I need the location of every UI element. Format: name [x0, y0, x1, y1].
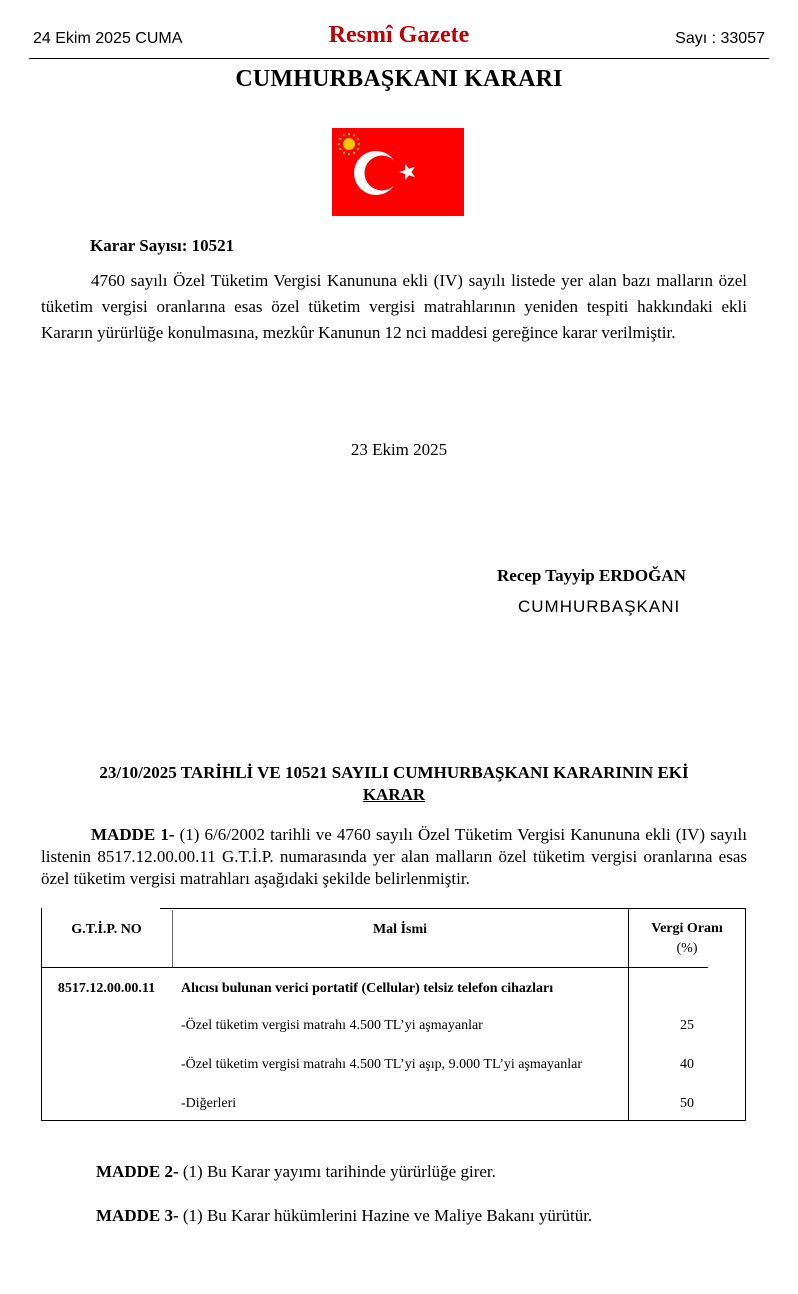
article-3: MADDE 3- (1) Bu Karar hükümlerini Hazine… [96, 1206, 592, 1226]
header-product: Mal İsmi [172, 922, 628, 938]
header-divider [29, 58, 769, 59]
annex-title-line2: KARAR [363, 785, 425, 804]
annex-title: 23/10/2025 TARİHLİ VE 10521 SAYILI CUMHU… [41, 762, 747, 806]
article-2-text: (1) Bu Karar yayımı tarihinde yürürlüğe … [183, 1162, 496, 1181]
annex-title-line1: 23/10/2025 TARİHLİ VE 10521 SAYILI CUMHU… [41, 762, 747, 784]
table-border-bottom [41, 1120, 746, 1121]
article-3-text: (1) Bu Karar hükümlerini Hazine ve Maliy… [183, 1206, 592, 1225]
table-row-rate: 50 [628, 1096, 746, 1112]
table-row-desc: -Özel tüketim vergisi matrahı 4.500 TL’y… [181, 1018, 483, 1034]
intro-paragraph: 4760 sayılı Özel Tüketim Vergisi Kanunun… [41, 268, 747, 346]
signature-date: 23 Ekim 2025 [0, 440, 798, 460]
table-border-left [41, 908, 42, 1121]
gtip-code: 8517.12.00.00.11 [41, 981, 172, 997]
table-border-right [745, 908, 746, 1121]
issue-number: Sayı : 33057 [675, 30, 765, 48]
table-border-top [160, 908, 746, 909]
header-rate: Vergi Oranı [628, 921, 746, 937]
article-2: MADDE 2- (1) Bu Karar yayımı tarihinde y… [96, 1162, 496, 1182]
article-1: MADDE 1- (1) 6/6/2002 tarihli ve 4760 sa… [41, 824, 747, 890]
table-row-rate: 25 [628, 1018, 746, 1034]
signer-name: Recep Tayyip ERDOĞAN [497, 566, 686, 586]
decision-number: Karar Sayısı: 10521 [90, 236, 234, 256]
intro-text: 4760 sayılı Özel Tüketim Vergisi Kanunun… [41, 271, 747, 342]
article-3-label: MADDE 3- [96, 1206, 179, 1225]
table-col-divider [172, 910, 173, 968]
table-col-divider-2 [628, 908, 629, 1121]
document-title: CUMHURBAŞKANI KARARI [0, 66, 798, 93]
table-row-desc: -Diğerleri [181, 1096, 236, 1112]
header-rate-unit: (%) [628, 941, 746, 957]
table-header-divider [41, 967, 708, 968]
presidential-flag-icon [332, 128, 464, 216]
product-name: Alıcısı bulunan verici portatif (Cellula… [181, 981, 553, 997]
header-gtip: G.T.İ.P. NO [41, 922, 172, 938]
table-row-rate: 40 [628, 1057, 746, 1073]
signer-title: CUMHURBAŞKANI [518, 597, 680, 617]
table-row-desc: -Özel tüketim vergisi matrahı 4.500 TL’y… [181, 1057, 582, 1073]
article-1-label: MADDE 1- [91, 825, 174, 844]
article-2-label: MADDE 2- [96, 1162, 179, 1181]
